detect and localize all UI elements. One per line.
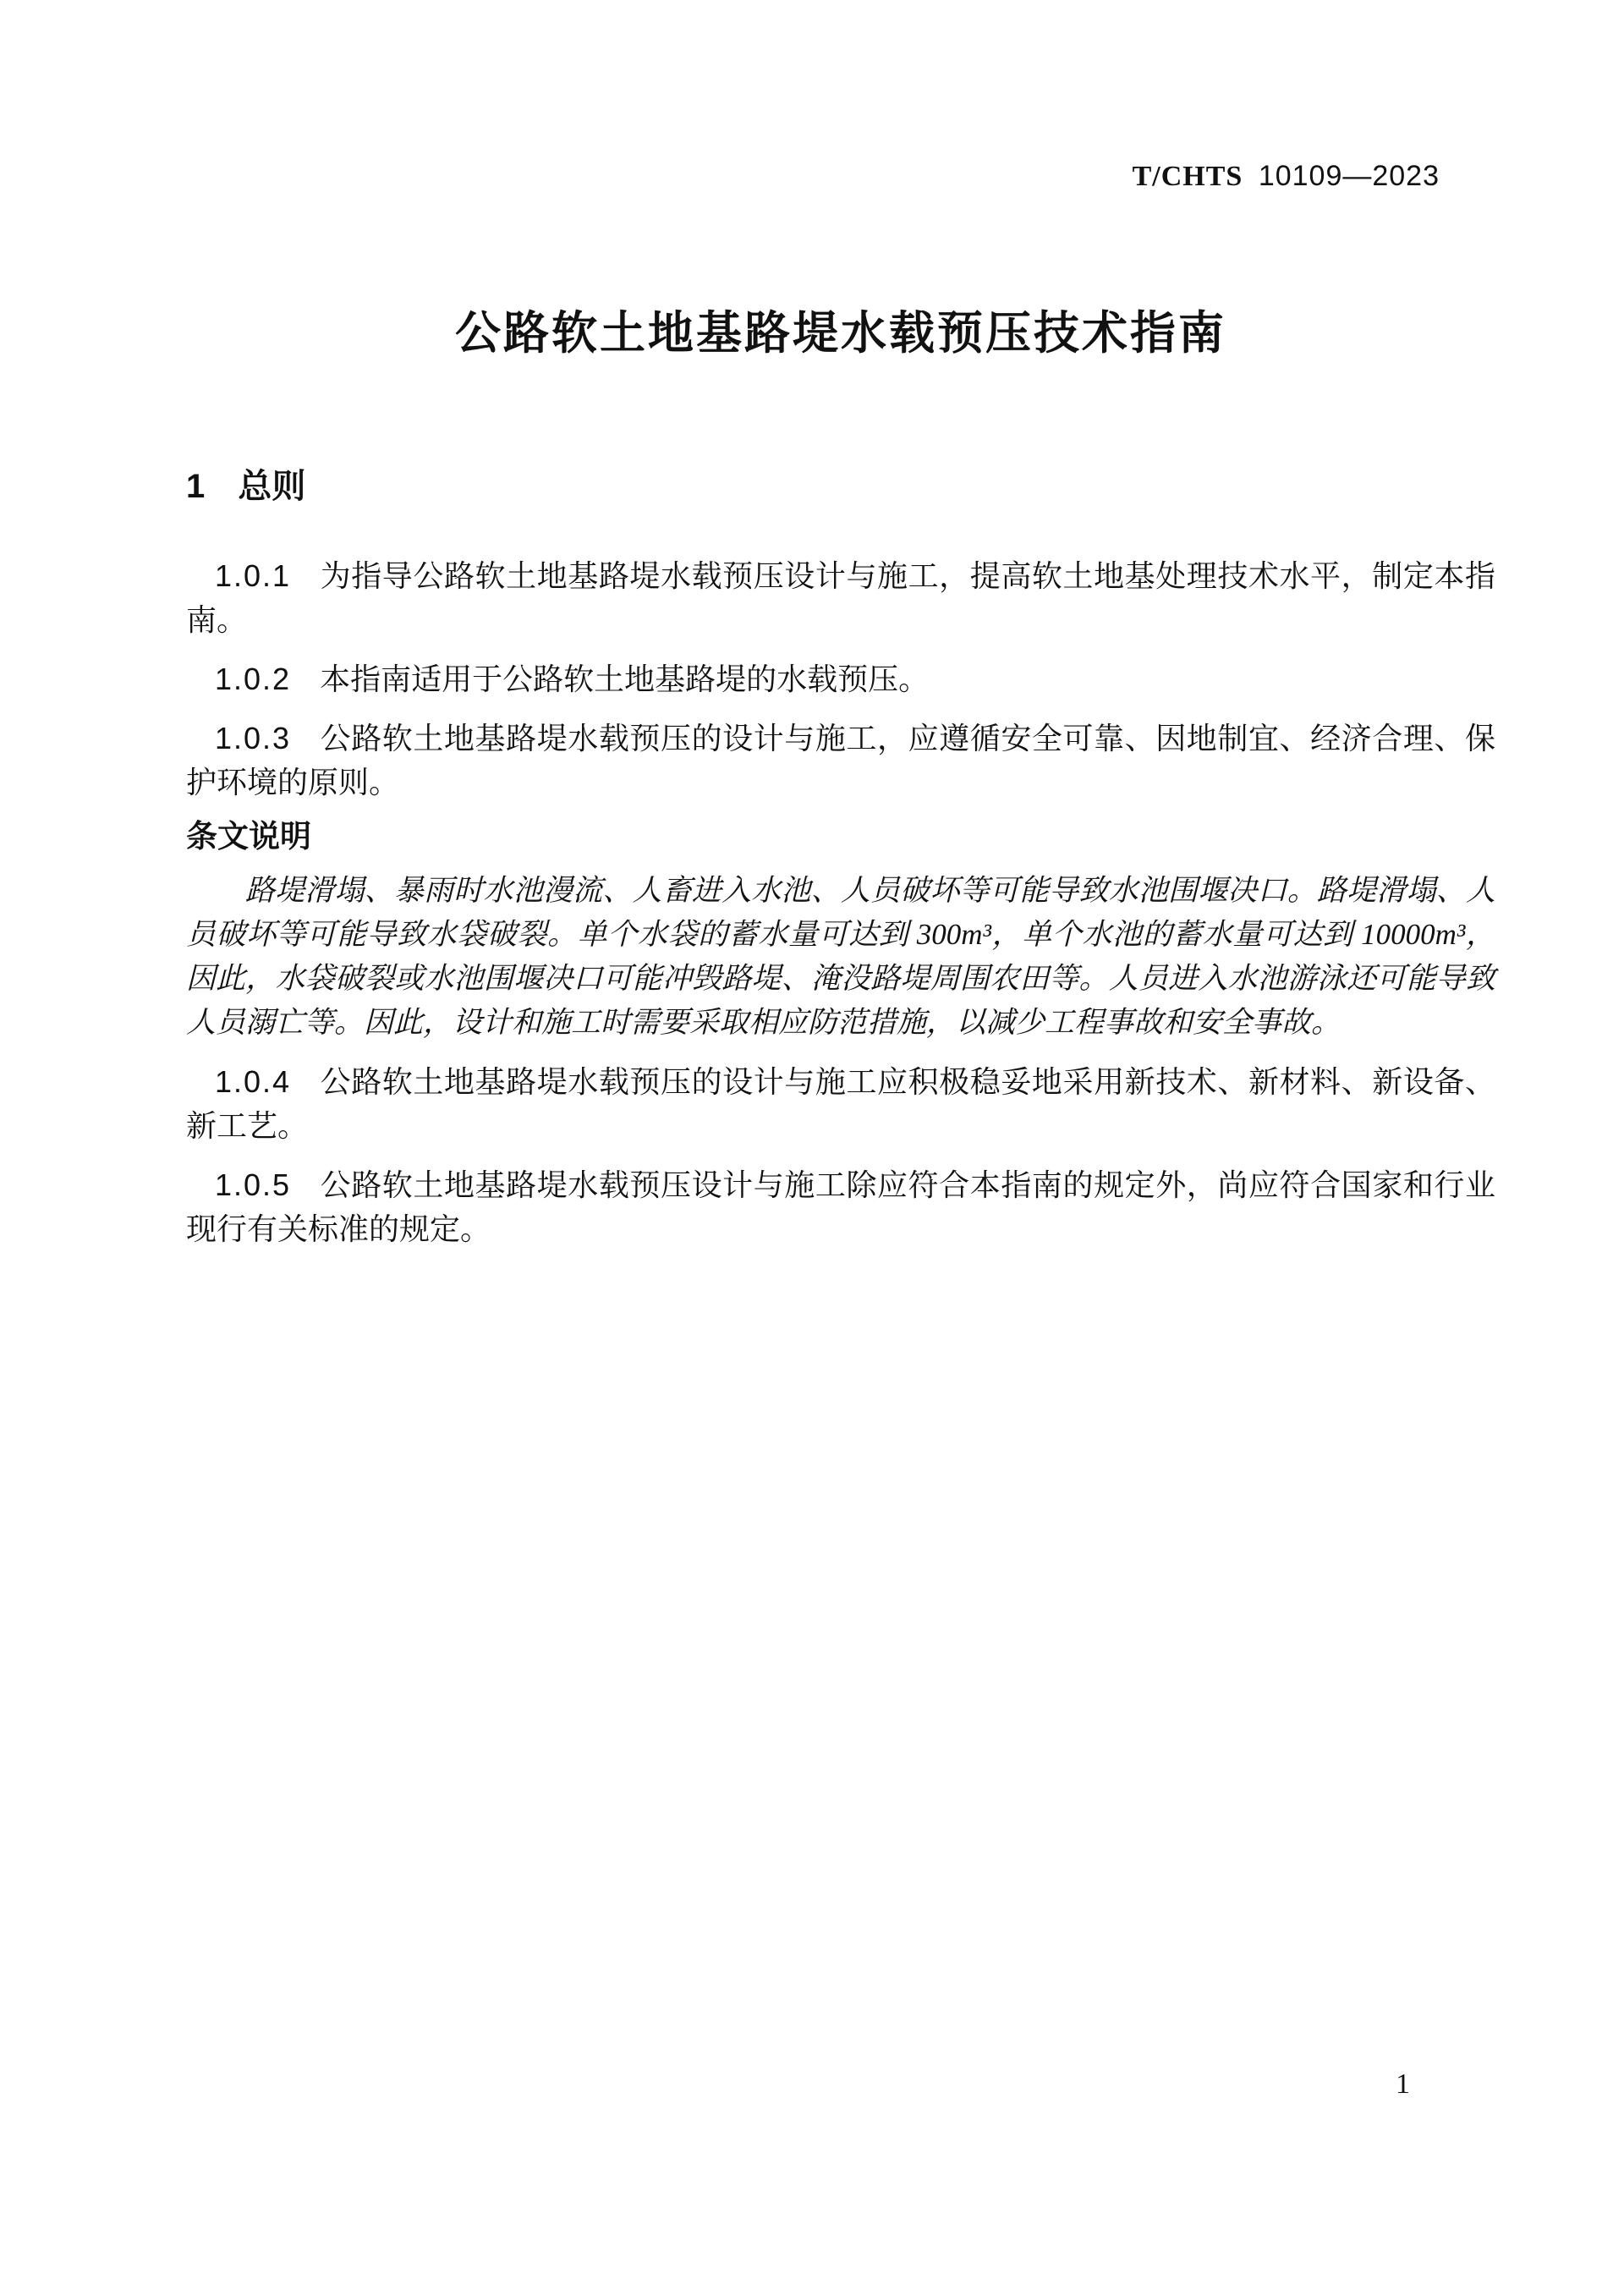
clause-1-0-2: 1.0.2本指南适用于公路软土地基路堤的水载预压。: [186, 657, 1495, 701]
clause-1-0-3: 1.0.3公路软土地基路堤水载预压的设计与施工，应遵循安全可靠、因地制宜、经济合…: [186, 717, 1495, 805]
page-content: T/CHTS 10109—2023 公路软土地基路堤水载预压技术指南 1 总则 …: [186, 0, 1495, 1251]
clause-number: 1.0.1: [215, 558, 291, 593]
section-number: 1: [186, 468, 205, 505]
clause-1-0-5: 1.0.5公路软土地基路堤水载预压设计与施工除应符合本指南的规定外，尚应符合国家…: [186, 1163, 1495, 1251]
clause-1-0-4: 1.0.4公路软土地基路堤水载预压的设计与施工应积极稳妥地采用新技术、新材料、新…: [186, 1060, 1495, 1148]
clause-text: 公路软土地基路堤水载预压的设计与施工应积极稳妥地采用新技术、新材料、新设备、新工…: [186, 1065, 1495, 1143]
doc-code-prefix: T/CHTS: [1133, 161, 1243, 192]
clause-text: 公路软土地基路堤水载预压的设计与施工，应遵循安全可靠、因地制宜、经济合理、保护环…: [186, 722, 1495, 799]
clause-number: 1.0.3: [215, 721, 291, 755]
clause-number: 1.0.4: [215, 1064, 291, 1099]
clause-text: 为指导公路软土地基路堤水载预压设计与施工，提高软土地基处理技术水平，制定本指南。: [186, 559, 1495, 637]
doc-code: T/CHTS 10109—2023: [186, 157, 1495, 195]
commentary-heading: 条文说明: [186, 818, 1495, 855]
page-title: 公路软土地基路堤水载预压技术指南: [186, 304, 1495, 363]
document-page: T/CHTS 10109—2023 公路软土地基路堤水载预压技术指南 1 总则 …: [0, 0, 1624, 2296]
clause-text: 本指南适用于公路软土地基路堤的水载预压。: [320, 662, 929, 696]
commentary-text: 路堤滑塌、暴雨时水池漫流、人畜进入水池、人员破坏等可能导致水池围堰决口。路堤滑塌…: [186, 869, 1495, 1045]
clause-number: 1.0.5: [215, 1167, 291, 1202]
clause-number: 1.0.2: [215, 662, 291, 696]
clause-text: 公路软土地基路堤水载预压设计与施工除应符合本指南的规定外，尚应符合国家和行业现行…: [186, 1168, 1495, 1246]
page-number: 1: [1396, 2068, 1410, 2101]
doc-code-number: 10109—2023: [1259, 160, 1440, 192]
clause-1-0-1: 1.0.1为指导公路软土地基路堤水载预压设计与施工，提高软土地基处理技术水平，制…: [186, 554, 1495, 642]
section-heading: 1 总则: [186, 464, 1495, 508]
section-title: 总则: [238, 468, 305, 505]
